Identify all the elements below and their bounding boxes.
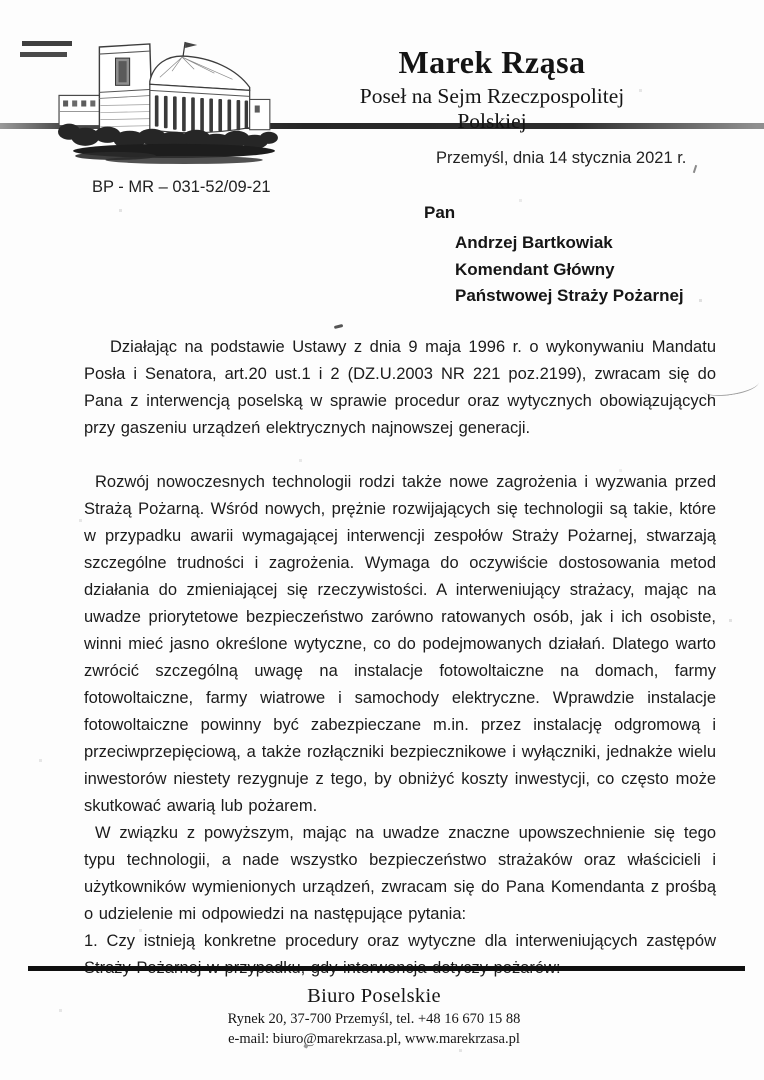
recipient-salutation: Pan <box>424 203 684 223</box>
sejm-building-illustration <box>55 36 287 174</box>
letterhead-title: Poseł na Sejm Rzeczpospolitej Polskiej <box>328 84 656 134</box>
scan-artifact-dash <box>334 324 343 329</box>
scanned-letter-page: Marek Rząsa Poseł na Sejm Rzeczpospolite… <box>0 0 764 1080</box>
footer-email-web: e-mail: biuro@marekrzasa.pl, www.marekrz… <box>0 1030 748 1048</box>
paragraph-question-1: 1. Czy istnieją konkretne procedury oraz… <box>84 928 716 982</box>
paragraph-legal-basis: Działając na podstawie Ustawy z dnia 9 m… <box>84 334 716 442</box>
scan-artifact-tick <box>693 165 697 173</box>
reference-number: BP - MR – 031-52/09-21 <box>92 178 271 197</box>
footer-rule <box>28 966 745 971</box>
letterhead-text: Marek Rząsa Poseł na Sejm Rzeczpospolite… <box>328 44 656 134</box>
footer-office-name: Biuro Poselskie <box>0 985 748 1008</box>
paragraph-request: W związku z powyższym, mając na uwadze z… <box>84 820 716 928</box>
scan-noise <box>0 0 1 1</box>
recipient-name: Andrzej Bartkowiak <box>455 230 684 257</box>
footer-block: Biuro Poselskie Rynek 20, 37-700 Przemyś… <box>0 985 748 1048</box>
footer-address: Rynek 20, 37-700 Przemyśl, tel. +48 16 6… <box>0 1010 748 1028</box>
place-date: Przemyśl, dnia 14 stycznia 2021 r. <box>436 149 686 168</box>
recipient-role: Komendant Główny <box>455 257 684 284</box>
recipient-organization: Państwowej Straży Pożarnej <box>455 283 684 310</box>
paragraph-technologies: Rozwój nowoczesnych technologii rodzi ta… <box>84 469 716 820</box>
recipient-block: Pan Andrzej Bartkowiak Komendant Główny … <box>424 203 684 310</box>
letter-body: Działając na podstawie Ustawy z dnia 9 m… <box>84 334 716 982</box>
letterhead-name: Marek Rząsa <box>328 44 656 81</box>
